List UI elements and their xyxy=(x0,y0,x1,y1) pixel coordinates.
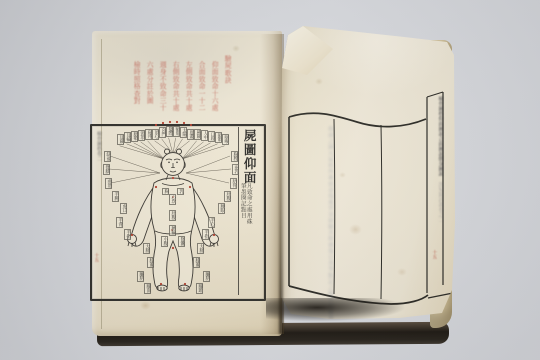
figure-point-label: 手背 xyxy=(116,217,123,228)
figure-point-label: 膝蓋 xyxy=(147,257,154,268)
figure-point-label: 髮際 xyxy=(166,126,173,137)
figure-point-label: 頸項 xyxy=(138,130,145,141)
figure-point-label: 肩井 xyxy=(145,129,152,140)
fore-edge-text-dark: 檢骨圖格仰面圖說合面圖說側身圖說 xyxy=(438,96,444,176)
right-page: 仰面之圖凡屍格所載致命傷處皆須細驗其餘雜傷以墨筆點記之檢官相驗務得實情毋得疏漏 … xyxy=(279,22,456,322)
figure-point-label: 囟門 xyxy=(159,127,166,138)
figure-point-label: 腰眼 xyxy=(218,203,225,214)
figure-point-label: 腮頰 xyxy=(131,131,138,142)
figure-point-label: 鼻竅 xyxy=(194,129,201,140)
figure-point-label: 口唇 xyxy=(208,131,215,142)
left-page: 檢骨圖格卷二 十五 驗屍歌訣仰面致命十六處合面致命一十二左側致命共十處右側致命共… xyxy=(92,31,282,336)
figure-point-label: 手腕 xyxy=(112,191,119,202)
figure-point-label: 手指 xyxy=(124,229,131,240)
figure-point-label: 人中 xyxy=(201,130,208,141)
figure-point-label: 太陽 xyxy=(180,127,187,138)
figure-point-label: 耳竅 xyxy=(117,134,124,145)
figure-point-label: 缺盆 xyxy=(104,151,111,162)
figure-point-label: 臁肕 xyxy=(203,271,210,282)
fore-edge-text-light: 洗冤錄詳義卷之二 xyxy=(438,182,444,222)
figure-point-label: 肚腹 xyxy=(224,191,231,202)
figure-point-label: 手指 xyxy=(202,229,209,240)
figure-point-label: 小腹 xyxy=(161,236,168,247)
figure-point-label: 肋骨 xyxy=(230,178,237,189)
figure-point-label: 肚腹 xyxy=(169,210,176,221)
figure-point-label: 頦頷 xyxy=(215,132,222,143)
gutter-crease-line xyxy=(279,120,283,334)
figure-point-label: 頂心 xyxy=(152,129,159,140)
figure-point-label: 咽喉 xyxy=(222,134,229,145)
figure-point-label: 大腿 xyxy=(197,243,204,254)
show-through-ghost-text: 仰面之圖凡屍格所載致命傷處皆須細驗其餘雜傷以墨筆點記之檢官相驗務得實情毋得疏漏 xyxy=(292,126,333,284)
figure-point-label: 胸膛 xyxy=(231,151,238,162)
right-page-bottom-curl-shadow xyxy=(266,298,462,332)
figure-point-label: 手心 xyxy=(208,217,215,228)
diagram-title: 屍圖仰面 xyxy=(243,129,256,185)
figure-point-label: 兩乳 xyxy=(232,164,239,175)
figure-point-label: 臁肕 xyxy=(137,271,144,282)
figure-point-label: 虎口 xyxy=(120,203,127,214)
figure-point-label: 膝蓋 xyxy=(193,257,200,268)
figure-point-label: 耳輪 xyxy=(124,132,131,143)
figure-point-label: 腳趾 xyxy=(196,283,203,294)
figure-point-label: 乳 xyxy=(177,188,184,195)
figure-point-label: 腳面 xyxy=(144,283,151,294)
figure-point-label: 胸 xyxy=(162,188,169,195)
fore-edge-red-mark: 十五 xyxy=(431,250,436,259)
photo-of-open-antique-chinese-book: 檢骨圖格卷二 十五 驗屍歌訣仰面致命十六處合面致命一十二左側致命共十處右側致命共… xyxy=(0,0,540,360)
figure-point-label: 額角 xyxy=(173,126,180,137)
figure-point-label: 心坎 xyxy=(169,194,176,205)
diagram-note-column-2: 筆墨圈記點目 xyxy=(239,183,245,218)
figure-point-label: 臍輪 xyxy=(169,225,176,236)
figure-point-label: 曲池 xyxy=(105,178,112,189)
figure-point-label: 臂臑 xyxy=(103,164,110,175)
figure-point-label: 腎囊 xyxy=(178,236,185,247)
figure-point-label: 大腿 xyxy=(143,243,150,254)
figure-point-label: 眉叢 xyxy=(187,129,194,140)
fore-edge-title-strip: 檢骨圖格仰面圖說合面圖說側身圖說 洗冤錄詳義卷之二 xyxy=(429,96,443,291)
